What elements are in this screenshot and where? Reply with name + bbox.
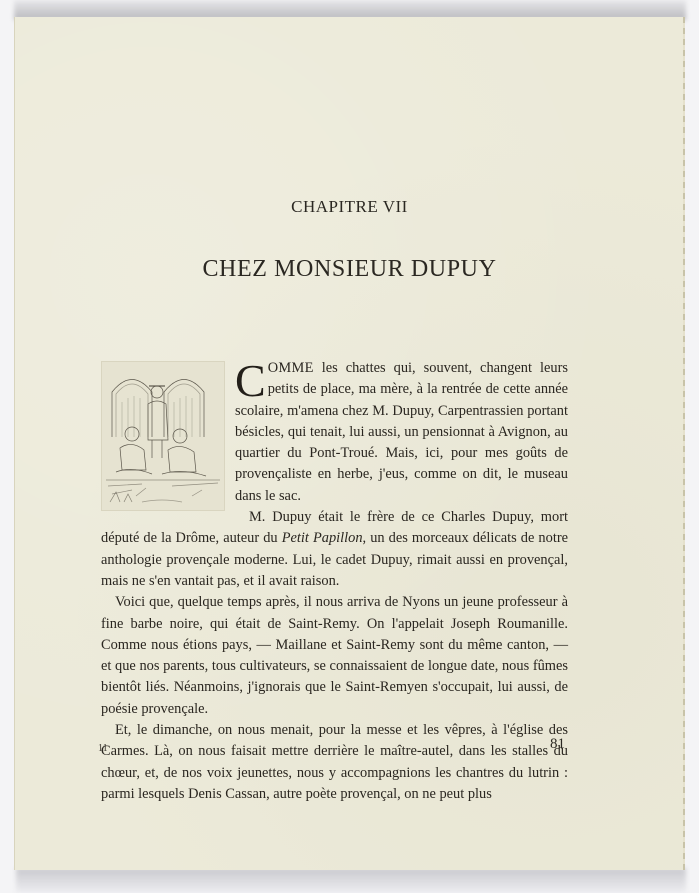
paragraph-2: M. Dupuy était le frère de ce Charles Du… <box>101 507 568 592</box>
paragraph-3: Voici que, quelque temps après, il nous … <box>101 592 568 720</box>
paragraph-1-text: les chattes qui, souvent, changent leurs… <box>235 360 568 504</box>
drop-cap: C <box>235 362 266 400</box>
bottom-shadow <box>16 868 686 893</box>
signature-mark: 11 <box>98 743 108 754</box>
etching-illustration-icon <box>101 361 225 511</box>
deckled-edge <box>683 17 685 870</box>
chapter-number: CHAPITRE VII <box>14 197 685 217</box>
book-page: CHAPITRE VII CHEZ MONSIEUR DUPUY <box>14 17 685 870</box>
drop-cap-continuation: OMME <box>268 360 314 376</box>
page-number: 81 <box>550 736 565 753</box>
chapter-title: CHEZ MONSIEUR DUPUY <box>14 256 685 283</box>
paragraph-4: Et, le dimanche, on nous menait, pour la… <box>101 720 568 805</box>
body-text: COMME les chattes qui, souvent, changent… <box>101 358 568 805</box>
book-title-italic: Petit Papillon <box>282 530 363 546</box>
